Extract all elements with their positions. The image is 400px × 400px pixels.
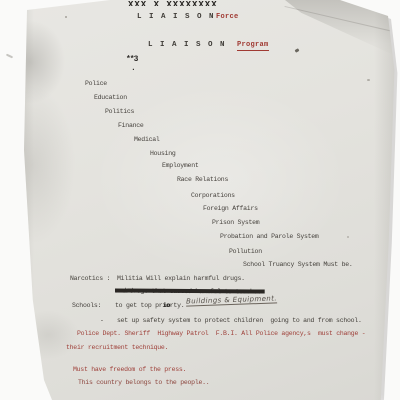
list-item: Police <box>85 80 107 87</box>
paper-speck <box>65 16 67 18</box>
list-item: Education <box>94 94 127 101</box>
schools-text-pre: to get top pr <box>115 302 162 309</box>
schools-text-post: rty. <box>170 302 185 309</box>
list-item: Finance <box>118 122 144 129</box>
background-smudge <box>6 54 13 59</box>
narcotics-label: Narcotics : <box>70 275 110 282</box>
police-agencies-line2: their recruitment technique. <box>66 344 168 351</box>
cutoff-title-line: XXX X XXXXXXXX <box>128 0 278 6</box>
paper-speck <box>295 48 300 53</box>
list-item: School Truancy System Must be. <box>243 261 353 268</box>
liaison-force-red: Force <box>216 13 239 21</box>
paper-speck <box>347 236 349 238</box>
schools-text: to get top priorty. <box>115 302 184 309</box>
freedom-of-press-line: Must have freedom of the press. <box>73 366 186 373</box>
liaison-force-black: L I A I S O N <box>137 13 215 21</box>
struck-out-line: and drugs that caused harmful to teaches… <box>115 287 265 295</box>
list-item: Housing <box>150 150 176 157</box>
safety-dash: - <box>100 317 104 324</box>
list-item: Foreign Affairs <box>203 205 258 212</box>
list-item: Politics <box>105 108 134 115</box>
typed-correction-mark: **3 <box>126 55 137 64</box>
safety-text: set up safety system to protect children… <box>117 317 362 324</box>
list-item: Probation and Parole System <box>220 233 319 240</box>
list-item: Pollution <box>229 248 262 255</box>
illegible-cutoff-text: XXX X XXXXXXXX <box>128 0 218 6</box>
country-belongs-line: This country belongs to the people.. <box>78 379 209 386</box>
typed-correction-dot: . <box>131 64 135 73</box>
list-item: Employment <box>162 162 199 169</box>
typewritten-page: XXX X XXXXXXXX L I A I S O N Force L I A… <box>0 0 400 400</box>
document-photo: XXX X XXXXXXXX L I A I S O N Force L I A… <box>0 0 400 400</box>
list-item: Prison System <box>212 219 259 226</box>
handwritten-annotation: Buildings & Equipment. <box>186 294 277 306</box>
list-item: Race Relations <box>177 176 228 183</box>
list-item: Corporations <box>191 192 235 199</box>
list-item: Medical <box>134 136 160 143</box>
liaison-program-black: L I A I S O N <box>148 41 226 49</box>
schools-overtype: io <box>162 302 169 309</box>
left-edge-shade <box>20 0 34 400</box>
paper-speck <box>367 79 370 81</box>
police-agencies-line1: Police Dept. Sheriff Highway Patrol F.B.… <box>77 330 365 337</box>
liaison-program-red: Program <box>237 41 269 51</box>
narcotics-text: Militia Will explain harmful drugs. <box>117 275 245 282</box>
schools-label: Schools: <box>72 302 101 309</box>
